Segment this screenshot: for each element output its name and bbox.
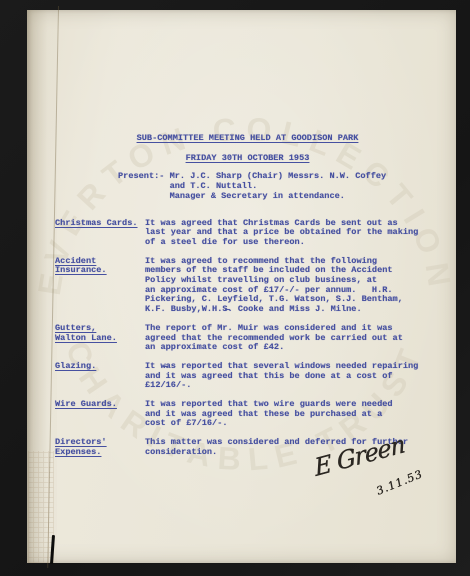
minute-item-accident-insurance: Accident Insurance. It was agreed to rec… (55, 257, 440, 315)
signature-date: 3.11.53 (374, 467, 424, 497)
meeting-title: SUB-COMMITTEE MEETING HELD AT GOODISON P… (55, 134, 440, 144)
scan-background: EVERTON COLLECTION CHARITABLE TRUST SUB-… (0, 0, 470, 576)
item-body: The report of Mr. Muir was considered an… (145, 324, 440, 353)
item-body: It w̶as reported that several windows ne… (145, 362, 440, 391)
attendees-block: Present:- Mr. J.C. Sharp (Chair) Messrs.… (118, 172, 440, 201)
handwritten-signature-block: E Green 3.11.53 (295, 428, 465, 518)
item-heading: Directors' Expenses. (55, 438, 145, 457)
document-page: EVERTON COLLECTION CHARITABLE TRUST SUB-… (27, 10, 456, 563)
minute-item-gutters-walton-lane: Gutters, Walton Lane. The report of Mr. … (55, 324, 440, 353)
typewritten-content: SUB-COMMITTEE MEETING HELD AT GOODISON P… (55, 134, 440, 467)
signature-name: E Green (313, 430, 406, 482)
underlying-graph-page (28, 451, 54, 563)
minute-item-glazing: Glazing. It w̶as reported that several w… (55, 362, 440, 391)
meeting-date-heading: FRIDAY 30TH OCTOBER 1953 (55, 154, 440, 164)
minute-item-wire-guards: Wire Guards. It was reported that two wi… (55, 400, 440, 429)
item-body: It was agreed that Christmas Cards be se… (145, 219, 440, 248)
item-heading: Accident Insurance. (55, 257, 145, 315)
minute-item-christmas-cards: Christmas Cards. It was agreed that Chri… (55, 219, 440, 248)
item-body: It was agreed to recommend that the foll… (145, 257, 440, 315)
item-heading: Christmas Cards. (55, 219, 145, 248)
item-heading: Gutters, Walton Lane. (55, 324, 145, 353)
item-heading: Glazing. (55, 362, 145, 391)
item-body: It was reported that two wire guards wer… (145, 400, 440, 429)
item-heading: Wire Guards. (55, 400, 145, 429)
